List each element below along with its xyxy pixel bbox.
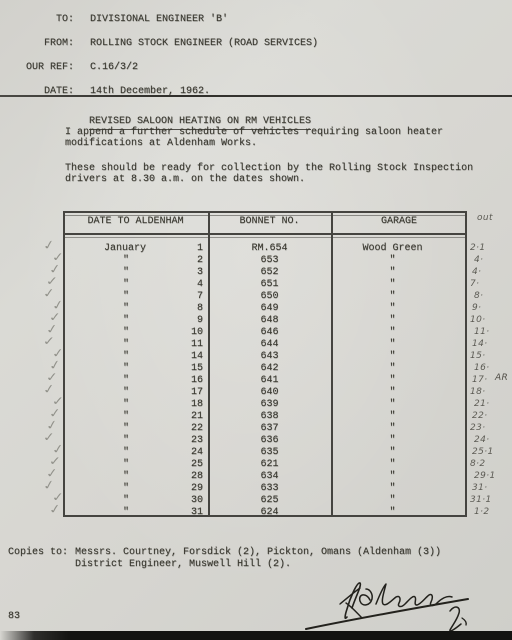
day-number: 7 <box>168 291 203 302</box>
ditto-mark: " <box>123 279 129 290</box>
memo-page: TO:DIVISIONAL ENGINEER 'B' FROM:ROLLING … <box>0 0 512 640</box>
table-row: "29633" <box>63 483 467 495</box>
day-number: 1 <box>168 243 203 254</box>
table-row: "22637" <box>63 423 467 435</box>
garage-cell: " <box>331 339 467 351</box>
bonnet-cell: 649 <box>208 303 331 315</box>
ditto-mark: " <box>123 363 129 374</box>
pencil-checkmark: ✓ <box>47 501 62 517</box>
table-row: "31624" <box>63 507 467 519</box>
paragraph-1-line-1: I append a further schedule of vehicles … <box>65 127 443 138</box>
day-number: 25 <box>168 459 203 470</box>
bonnet-cell: 651 <box>208 279 331 291</box>
bonnet-cell: 634 <box>208 471 331 483</box>
table-row: "24635" <box>63 447 467 459</box>
column-header-date: DATE TO ALDENHAM <box>63 216 208 227</box>
table-row: "11644" <box>63 339 467 351</box>
garage-cell: " <box>331 363 467 375</box>
garage-cell: " <box>331 507 467 519</box>
date-cell: "18 <box>63 399 208 411</box>
date-cell: "14 <box>63 351 208 363</box>
date-cell: "9 <box>63 315 208 327</box>
pencil-note: 31· <box>472 483 488 493</box>
paragraph-2-line-1: These should be ready for collection by … <box>65 163 473 174</box>
ditto-mark: " <box>123 339 129 350</box>
date-cell: "21 <box>63 411 208 423</box>
bonnet-cell: 638 <box>208 411 331 423</box>
pencil-note: 1·2 <box>474 507 490 517</box>
pencil-note: 25·1 <box>472 447 494 457</box>
bonnet-cell: 652 <box>208 267 331 279</box>
day-number: 31 <box>168 507 203 518</box>
copies-line-1: Messrs. Courtney, Forsdick (2), Pickton,… <box>75 547 441 558</box>
day-number: 2 <box>168 255 203 266</box>
bonnet-cell: RM.654 <box>208 243 331 255</box>
garage-cell: " <box>331 303 467 315</box>
table-row: "2653" <box>63 255 467 267</box>
date-cell: January1 <box>63 243 208 255</box>
garage-cell: " <box>331 435 467 447</box>
pencil-note: 21· <box>474 399 490 409</box>
meta-row-date: DATE:14th December, 1962. <box>0 75 210 108</box>
garage-cell: " <box>331 351 467 363</box>
date-cell: "23 <box>63 435 208 447</box>
date-cell: "17 <box>63 387 208 399</box>
table-row: "17640" <box>63 387 467 399</box>
day-number: 21 <box>168 411 203 422</box>
bonnet-cell: 625 <box>208 495 331 507</box>
day-number: 28 <box>168 471 203 482</box>
day-number: 17 <box>168 387 203 398</box>
day-number: 23 <box>168 435 203 446</box>
signature-k-shave <box>300 574 480 634</box>
garage-cell: " <box>331 375 467 387</box>
day-number: 3 <box>168 267 203 278</box>
table-row: "16641" <box>63 375 467 387</box>
pencil-note: 9· <box>472 303 481 313</box>
table-row: "18639" <box>63 399 467 411</box>
ar-annotation: AR <box>495 373 508 383</box>
table-row: "21638" <box>63 411 467 423</box>
bonnet-cell: 635 <box>208 447 331 459</box>
table-row: "15642" <box>63 363 467 375</box>
table-row: "28634" <box>63 471 467 483</box>
ditto-mark: " <box>123 327 129 338</box>
day-number: 10 <box>168 327 203 338</box>
table-row: January1RM.654Wood Green <box>63 243 467 255</box>
to-value: DIVISIONAL ENGINEER 'B' <box>90 14 228 25</box>
pencil-note: 15· <box>470 351 486 361</box>
pencil-note: 29·1 <box>474 471 496 481</box>
pencil-note: 31·1 <box>470 495 492 505</box>
date-cell: "10 <box>63 327 208 339</box>
date-cell: "31 <box>63 507 208 519</box>
date-cell: "28 <box>63 471 208 483</box>
date-cell: "24 <box>63 447 208 459</box>
table-row: "10646" <box>63 327 467 339</box>
column-header-garage: GARAGE <box>331 216 467 227</box>
column-header-bonnet: BONNET NO. <box>208 216 331 227</box>
bonnet-cell: 637 <box>208 423 331 435</box>
date-cell: "11 <box>63 339 208 351</box>
scan-edge-bar <box>0 631 512 640</box>
garage-cell: " <box>331 399 467 411</box>
table-header-underline <box>65 233 465 235</box>
garage-cell: " <box>331 327 467 339</box>
ditto-mark: " <box>123 411 129 422</box>
pencil-note: 7· <box>470 279 479 289</box>
ditto-mark: " <box>123 351 129 362</box>
table-row: "23636" <box>63 435 467 447</box>
garage-cell: " <box>331 279 467 291</box>
day-number: 18 <box>168 399 203 410</box>
bonnet-cell: 639 <box>208 399 331 411</box>
date-cell: "2 <box>63 255 208 267</box>
bonnet-cell: 644 <box>208 339 331 351</box>
garage-cell: " <box>331 471 467 483</box>
pencil-note: 8· <box>474 291 483 301</box>
ditto-mark: " <box>123 459 129 470</box>
garage-cell: " <box>331 255 467 267</box>
bonnet-cell: 636 <box>208 435 331 447</box>
pencil-note: 10· <box>470 315 486 325</box>
date-cell: "3 <box>63 267 208 279</box>
ditto-mark: " <box>123 375 129 386</box>
day-number: 24 <box>168 447 203 458</box>
copies-line-2: District Engineer, Muswell Hill (2). <box>75 559 291 570</box>
garage-cell: " <box>331 423 467 435</box>
bonnet-cell: 648 <box>208 315 331 327</box>
bonnet-cell: 640 <box>208 387 331 399</box>
pencil-note: 2·1 <box>470 243 486 253</box>
day-number: 9 <box>168 315 203 326</box>
day-number: 22 <box>168 423 203 434</box>
ditto-mark: " <box>123 507 129 518</box>
ditto-mark: " <box>123 303 129 314</box>
table-row: "4651" <box>63 279 467 291</box>
pencil-note: 17· <box>472 375 488 385</box>
copies-to-label: Copies to: <box>8 547 68 558</box>
day-number: 11 <box>168 339 203 350</box>
table-row: "14643" <box>63 351 467 363</box>
ditto-mark: " <box>123 495 129 506</box>
bonnet-cell: 646 <box>208 327 331 339</box>
date-cell: "15 <box>63 363 208 375</box>
ditto-mark: " <box>123 399 129 410</box>
day-number: 30 <box>168 495 203 506</box>
date-cell: "25 <box>63 459 208 471</box>
table-row: "3652" <box>63 267 467 279</box>
garage-cell: " <box>331 291 467 303</box>
date-cell: "30 <box>63 495 208 507</box>
pencil-note: 4· <box>474 255 483 265</box>
garage-cell: " <box>331 387 467 399</box>
pencil-note: 23· <box>470 423 486 433</box>
table-row: "25621" <box>63 459 467 471</box>
garage-cell: " <box>331 483 467 495</box>
pencil-note: 11· <box>474 327 490 337</box>
pencil-note: 24· <box>474 435 490 445</box>
day-number: 15 <box>168 363 203 374</box>
day-number: 16 <box>168 375 203 386</box>
bonnet-cell: 643 <box>208 351 331 363</box>
date-cell: "16 <box>63 375 208 387</box>
ditto-mark: " <box>123 471 129 482</box>
day-number: 14 <box>168 351 203 362</box>
paragraph-2-line-2: drivers at 8.30 a.m. on the dates shown. <box>65 174 305 185</box>
ditto-mark: " <box>123 255 129 266</box>
bonnet-cell: 653 <box>208 255 331 267</box>
from-value: ROLLING STOCK ENGINEER (ROAD SERVICES) <box>90 38 318 49</box>
ref-value: C.16/3/2 <box>90 62 138 73</box>
day-number: 4 <box>168 279 203 290</box>
paragraph-1-line-2: modifications at Aldenham Works. <box>65 138 257 149</box>
ditto-mark: " <box>123 387 129 398</box>
pencil-note: 8·2 <box>470 459 486 469</box>
date-cell: "8 <box>63 303 208 315</box>
date-cell: "4 <box>63 279 208 291</box>
garage-cell: " <box>331 411 467 423</box>
bonnet-cell: 650 <box>208 291 331 303</box>
ref-label: OUR REF: <box>24 62 74 73</box>
date-cell: "7 <box>63 291 208 303</box>
ditto-mark: " <box>123 291 129 302</box>
ditto-mark: " <box>123 267 129 278</box>
garage-cell: " <box>331 447 467 459</box>
bonnet-cell: 633 <box>208 483 331 495</box>
to-label: TO: <box>24 14 74 25</box>
header-divider <box>0 95 512 97</box>
bonnet-cell: 624 <box>208 507 331 519</box>
pencil-note: 22· <box>472 411 488 421</box>
table-row: "9648" <box>63 315 467 327</box>
bonnet-cell: 641 <box>208 375 331 387</box>
date-cell: "29 <box>63 483 208 495</box>
day-number: 29 <box>168 483 203 494</box>
pencil-note: 18· <box>470 387 486 397</box>
bonnet-cell: 621 <box>208 459 331 471</box>
ditto-mark: " <box>123 447 129 458</box>
ditto-mark: " <box>123 435 129 446</box>
garage-cell: Wood Green <box>331 243 467 255</box>
pencil-note: 16· <box>474 363 490 373</box>
out-annotation: out <box>477 213 493 223</box>
garage-cell: " <box>331 495 467 507</box>
month-label: January <box>104 243 146 254</box>
ditto-mark: " <box>123 423 129 434</box>
day-number: 8 <box>168 303 203 314</box>
pencil-note: 4· <box>472 267 481 277</box>
garage-cell: " <box>331 267 467 279</box>
garage-cell: " <box>331 315 467 327</box>
bonnet-cell: 642 <box>208 363 331 375</box>
table-row: "30625" <box>63 495 467 507</box>
ditto-mark: " <box>123 315 129 326</box>
table-row: "7650" <box>63 291 467 303</box>
table-header-underline-2 <box>65 237 465 238</box>
ditto-mark: " <box>123 483 129 494</box>
pencil-note: 14· <box>472 339 488 349</box>
date-cell: "22 <box>63 423 208 435</box>
garage-cell: " <box>331 459 467 471</box>
page-number: 83 <box>8 611 20 622</box>
table-row: "8649" <box>63 303 467 315</box>
from-label: FROM: <box>24 38 74 49</box>
